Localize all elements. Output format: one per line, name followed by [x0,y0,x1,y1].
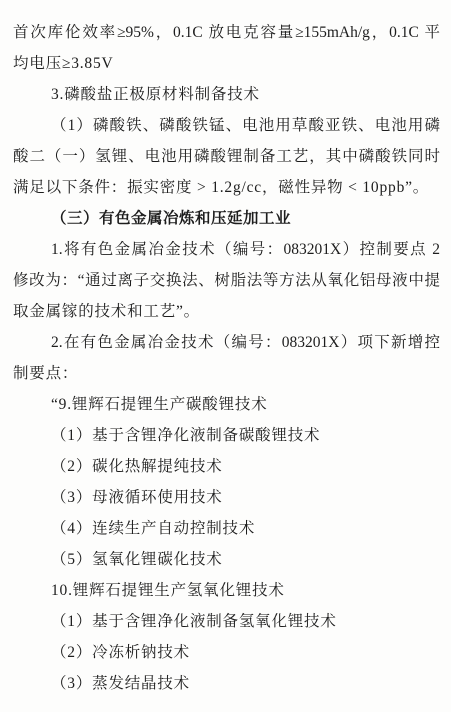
text-line: 取金属镓的技术和工艺”。 [13,296,440,327]
text-line: 酸二（一）氢锂、电池用磷酸锂制备工艺，其中磷酸铁同时 [13,141,440,172]
list-item-line: （3）蒸发结晶技术 [13,668,440,699]
text-line: 修改为：“通过离子交换法、树脂法等方法从氧化铝母液中提 [13,265,440,296]
list-item-line: （1）基于含锂净化液制备碳酸锂技术 [13,420,440,451]
list-item-line: “9.锂辉石提锂生产碳酸锂技术 [13,389,440,420]
list-item-line: （4）连续生产自动控制技术 [13,513,440,544]
text-line: 均电压≥3.85V [13,48,440,79]
text-line: 首次库伦效率≥95%，0.1C 放电克容量≥155mAh/g，0.1C 平 [13,17,440,48]
list-item-line: （2）冷冻析钠技术 [13,637,440,668]
section-heading: （三）有色金属冶炼和压延加工业 [13,203,440,234]
list-item-line: 10.锂辉石提锂生产氢氧化锂技术 [13,575,440,606]
list-item-line: （2）碳化热解提纯技术 [13,451,440,482]
list-item-line: （1）磷酸铁、磷酸铁锰、电池用草酸亚铁、电池用磷 [13,110,440,141]
list-item-line: （3）母液循环使用技术 [13,482,440,513]
list-item-line: （1）基于含锂净化液制备氢氧化锂技术 [13,606,440,637]
list-item-line: 3.磷酸盐正极原材料制备技术 [13,79,440,110]
text-line: 制要点： [13,358,440,389]
list-item-line: 1.将有色金属冶金技术（编号：083201X）控制要点 2 [13,234,440,265]
text-line: 满足以下条件：振实密度 > 1.2g/cc，磁性异物 < 10ppb”。 [13,172,440,203]
list-item-line: 2.在有色金属冶金技术（编号：083201X）项下新增控 [13,327,440,358]
document-page: 首次库伦效率≥95%，0.1C 放电克容量≥155mAh/g，0.1C 平 均电… [0,0,451,712]
list-item-line: （5）氢氧化锂碳化技术 [13,544,440,575]
